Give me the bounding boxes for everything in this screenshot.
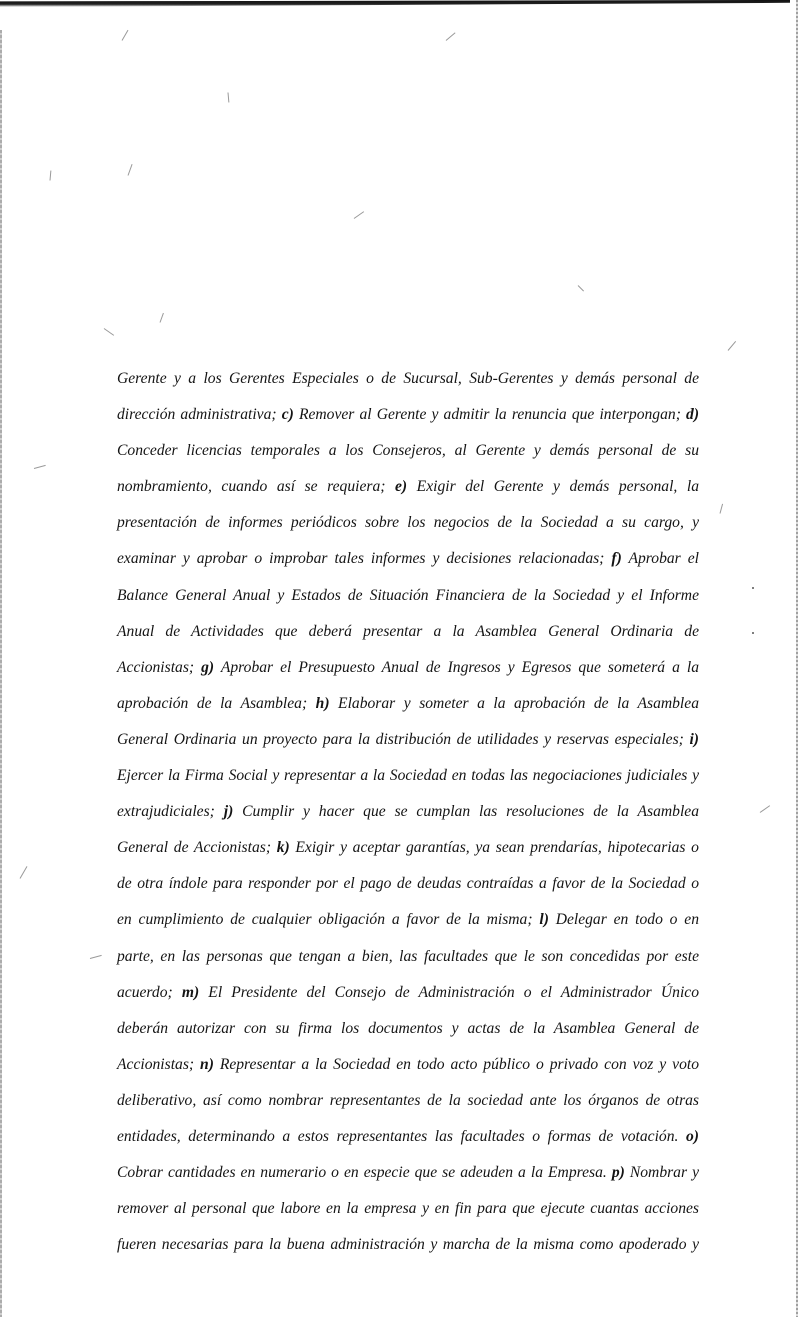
- scan-speck: [122, 30, 129, 41]
- text-line: fueren necesarias para la buena administ…: [117, 1227, 699, 1263]
- text-line: General Ordinaria un proyecto para la di…: [117, 722, 699, 758]
- scan-speck: [760, 805, 770, 813]
- item-marker: f): [611, 550, 621, 567]
- scan-speck: [104, 328, 114, 336]
- text-line: Gerente y a los Gerentes Especiales o de…: [117, 361, 699, 397]
- text-line: Ejercer la Firma Social y representar a …: [117, 758, 699, 794]
- scan-left-edge: [0, 30, 2, 1317]
- scan-speck: [728, 341, 736, 351]
- text-line: Accionistas; n) Representar a la Socieda…: [117, 1047, 699, 1083]
- item-marker: o): [686, 1128, 699, 1145]
- item-marker: i): [689, 731, 699, 748]
- text-line: Cobrar cantidades en numerario o en espe…: [117, 1155, 699, 1191]
- text-line: General de Accionistas; k) Exigir y acep…: [117, 830, 699, 866]
- item-marker: l): [539, 911, 549, 928]
- text-line: Anual de Actividades que deberá presenta…: [117, 614, 699, 650]
- text-line: deliberativo, así como nombrar represent…: [117, 1083, 699, 1119]
- text-line: de otra índole para responder por el pag…: [117, 866, 699, 902]
- item-marker: h): [316, 695, 330, 712]
- text-line: parte, en las personas que tengan a bien…: [117, 939, 699, 975]
- text-line: remover al personal que labore en la emp…: [117, 1191, 699, 1227]
- text-line: examinar y aprobar o improbar tales info…: [117, 541, 699, 577]
- scan-dot: [752, 632, 754, 634]
- item-marker: m): [182, 984, 199, 1001]
- text-line: nombramiento, cuando así se requiera; e)…: [117, 469, 699, 505]
- document-body: Gerente y a los Gerentes Especiales o de…: [117, 361, 699, 1263]
- item-marker: c): [282, 406, 294, 423]
- scan-speck: [90, 955, 102, 959]
- scan-speck: [20, 866, 28, 879]
- scan-speck: [50, 170, 52, 180]
- scan-speck: [446, 32, 456, 40]
- text-line: acuerdo; m) El Presidente del Consejo de…: [117, 975, 699, 1011]
- text-line: Conceder licencias temporales a los Cons…: [117, 433, 699, 469]
- text-line: Balance General Anual y Estados de Situa…: [117, 578, 699, 614]
- scan-right-edge: [796, 0, 798, 1317]
- item-marker: g): [201, 659, 214, 676]
- text-line: aprobación de la Asamblea; h) Elaborar y…: [117, 686, 699, 722]
- item-marker: k): [277, 839, 290, 856]
- text-line: extrajudiciales; j) Cumplir y hacer que …: [117, 794, 699, 830]
- text-line: Accionistas; g) Aprobar el Presupuesto A…: [117, 650, 699, 686]
- item-marker: p): [612, 1164, 625, 1181]
- text-line: dirección administrativa; c) Remover al …: [117, 397, 699, 433]
- item-marker: d): [686, 406, 699, 423]
- scan-speck: [354, 211, 364, 219]
- scan-dot: [752, 587, 754, 589]
- text-line: presentación de informes periódicos sobr…: [117, 505, 699, 541]
- item-marker: n): [200, 1056, 214, 1073]
- scan-speck: [720, 504, 724, 514]
- scan-speck: [34, 465, 46, 469]
- text-line: en cumplimiento de cualquier obligación …: [117, 902, 699, 938]
- text-line: entidades, determinando a estos represen…: [117, 1119, 699, 1155]
- item-marker: e): [395, 478, 407, 495]
- scan-speck: [160, 313, 164, 323]
- item-marker: j): [224, 803, 234, 820]
- scan-speck: [228, 92, 230, 102]
- text-line: deberán autorizar con su firma los docum…: [117, 1011, 699, 1047]
- scan-top-edge: [0, 0, 790, 7]
- scan-speck: [128, 164, 133, 176]
- scan-speck: [578, 285, 584, 291]
